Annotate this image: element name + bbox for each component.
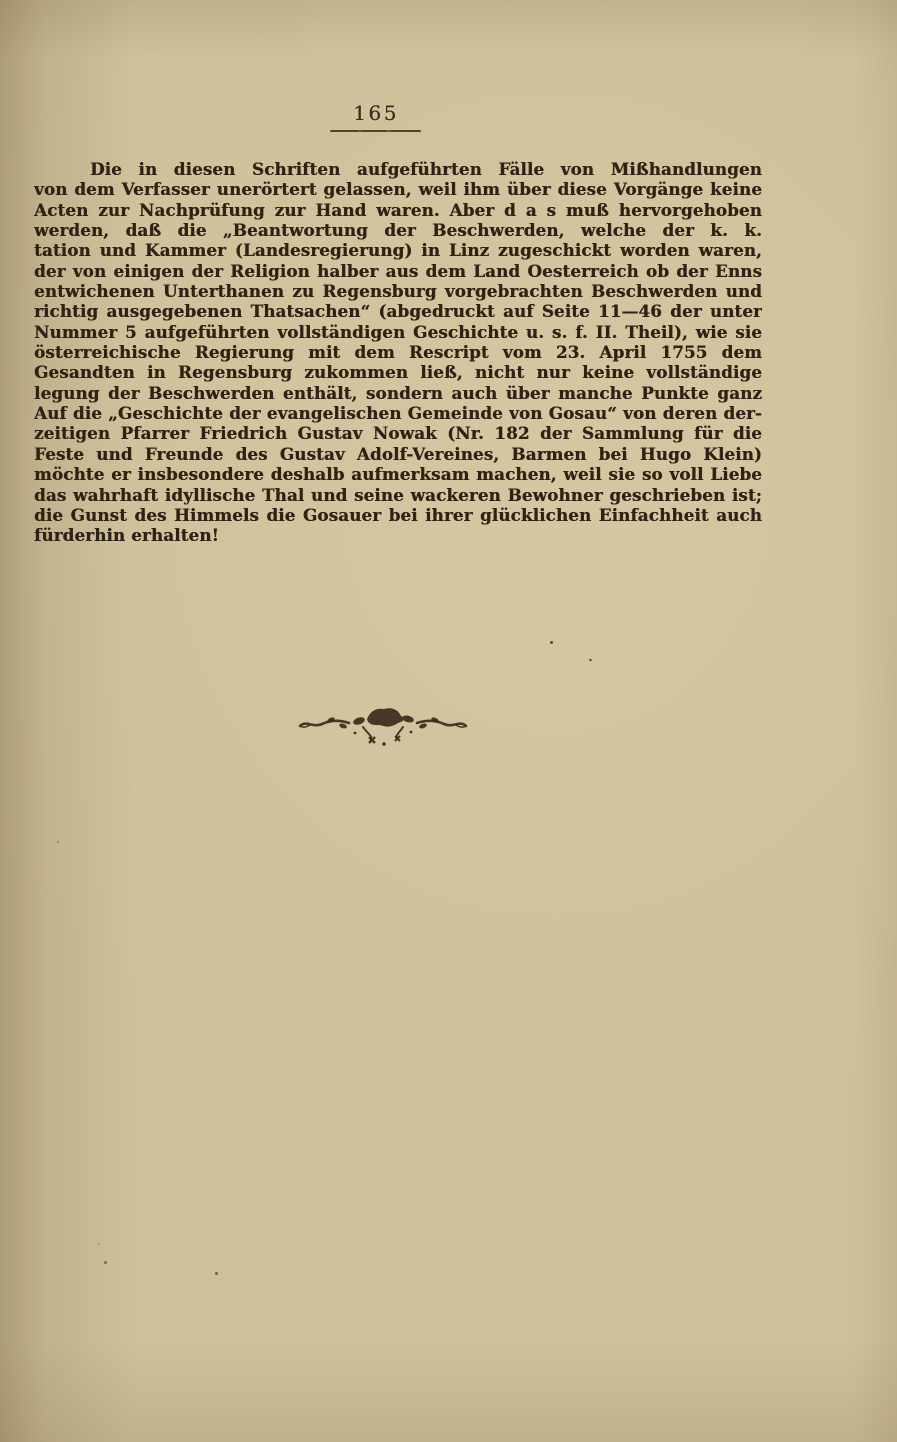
- text-line: möchte er insbesondere deshalb aufmerksa…: [34, 464, 762, 484]
- scan-speck: [550, 641, 553, 644]
- paragraph: Die in diesen Schriften aufgeführten Fäl…: [34, 159, 762, 546]
- scan-speck: [57, 841, 59, 843]
- text-line: Feste und Freunde des Gustav Adolf-Verei…: [34, 444, 762, 464]
- scan-speck: [98, 1243, 100, 1245]
- text-line: fürderhin erhalten!: [34, 525, 762, 545]
- text-line: tation und Kammer (Landesregierung) in L…: [34, 240, 762, 260]
- text-line: der von einigen der Religion halber aus …: [34, 261, 762, 281]
- text-line: Gesandten in Regensburg zukommen ließ, n…: [34, 362, 762, 382]
- text-line: werden, daß die „Beantwortung der Beschw…: [34, 220, 762, 240]
- scan-speck: [104, 1261, 107, 1264]
- text-line: entwichenen Unterthanen zu Regensburg vo…: [34, 281, 762, 301]
- scan-speck: [589, 658, 593, 661]
- text-line: das wahrhaft idyllische Thal und seine w…: [34, 485, 762, 505]
- page-number: 165: [330, 101, 422, 125]
- text-line: österreichische Regierung mit dem Rescri…: [34, 342, 762, 362]
- text-line: Die in diesen Schriften aufgeführten Fäl…: [34, 159, 762, 179]
- text-line: zeitigen Pfarrer Friedrich Gustav Nowak …: [34, 423, 762, 443]
- text-line: von dem Verfasser unerörtert gelassen, w…: [34, 179, 762, 199]
- text-line: die Gunst des Himmels die Gosauer bei ih…: [34, 505, 762, 525]
- text-line: Acten zur Nachprüfung zur Hand waren. Ab…: [34, 200, 762, 220]
- scanned-book-page: 165 Die in diesen Schriften aufgeführten…: [0, 0, 897, 1442]
- text-line: Auf die „Geschichte der evangelischen Ge…: [34, 403, 762, 423]
- text-line: legung der Beschwerden enthält, sondern …: [34, 383, 762, 403]
- floral-flourish-icon: [297, 699, 469, 749]
- scan-speck: [215, 1272, 218, 1275]
- text-line: Nummer 5 aufgeführten vollständigen Gesc…: [34, 322, 762, 342]
- page-number-rule: [330, 130, 421, 132]
- text-line: richtig ausgegebenen Thatsachen“ (abgedr…: [34, 301, 762, 321]
